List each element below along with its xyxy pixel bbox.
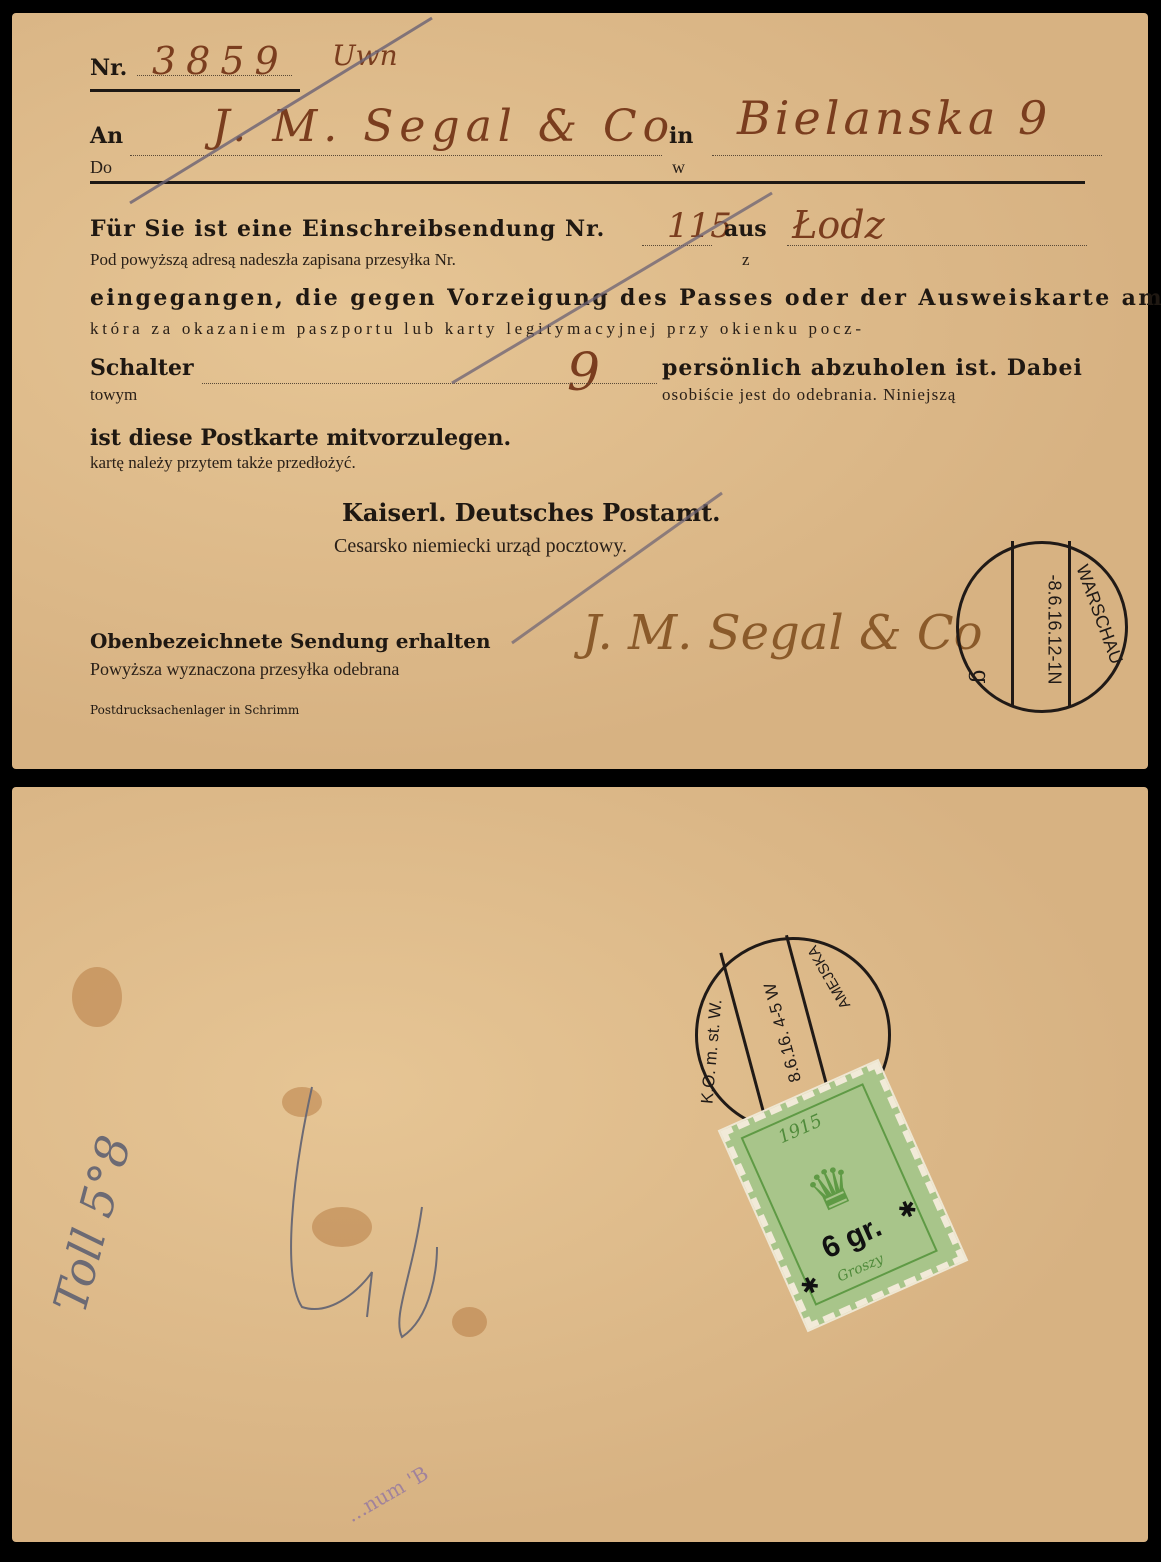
pencil-scribble bbox=[272, 1077, 472, 1367]
violet-stamp: ...num 'B bbox=[342, 1461, 432, 1527]
postcard-front: Nr. 3859 Uwn An Do J. M. Segal & Co in w… bbox=[12, 13, 1148, 769]
pencil-strike-lines bbox=[12, 13, 1148, 769]
postcard-back: Toll 5°8 ...num 'B 8.6.16. 4-5 W K.O. m.… bbox=[12, 787, 1148, 1542]
back-postmark-top: K.O. m. st. W. bbox=[697, 998, 726, 1104]
back-postmark-right: AMEJSKA bbox=[804, 943, 854, 1012]
pencil-note: Toll 5°8 bbox=[43, 1130, 142, 1318]
